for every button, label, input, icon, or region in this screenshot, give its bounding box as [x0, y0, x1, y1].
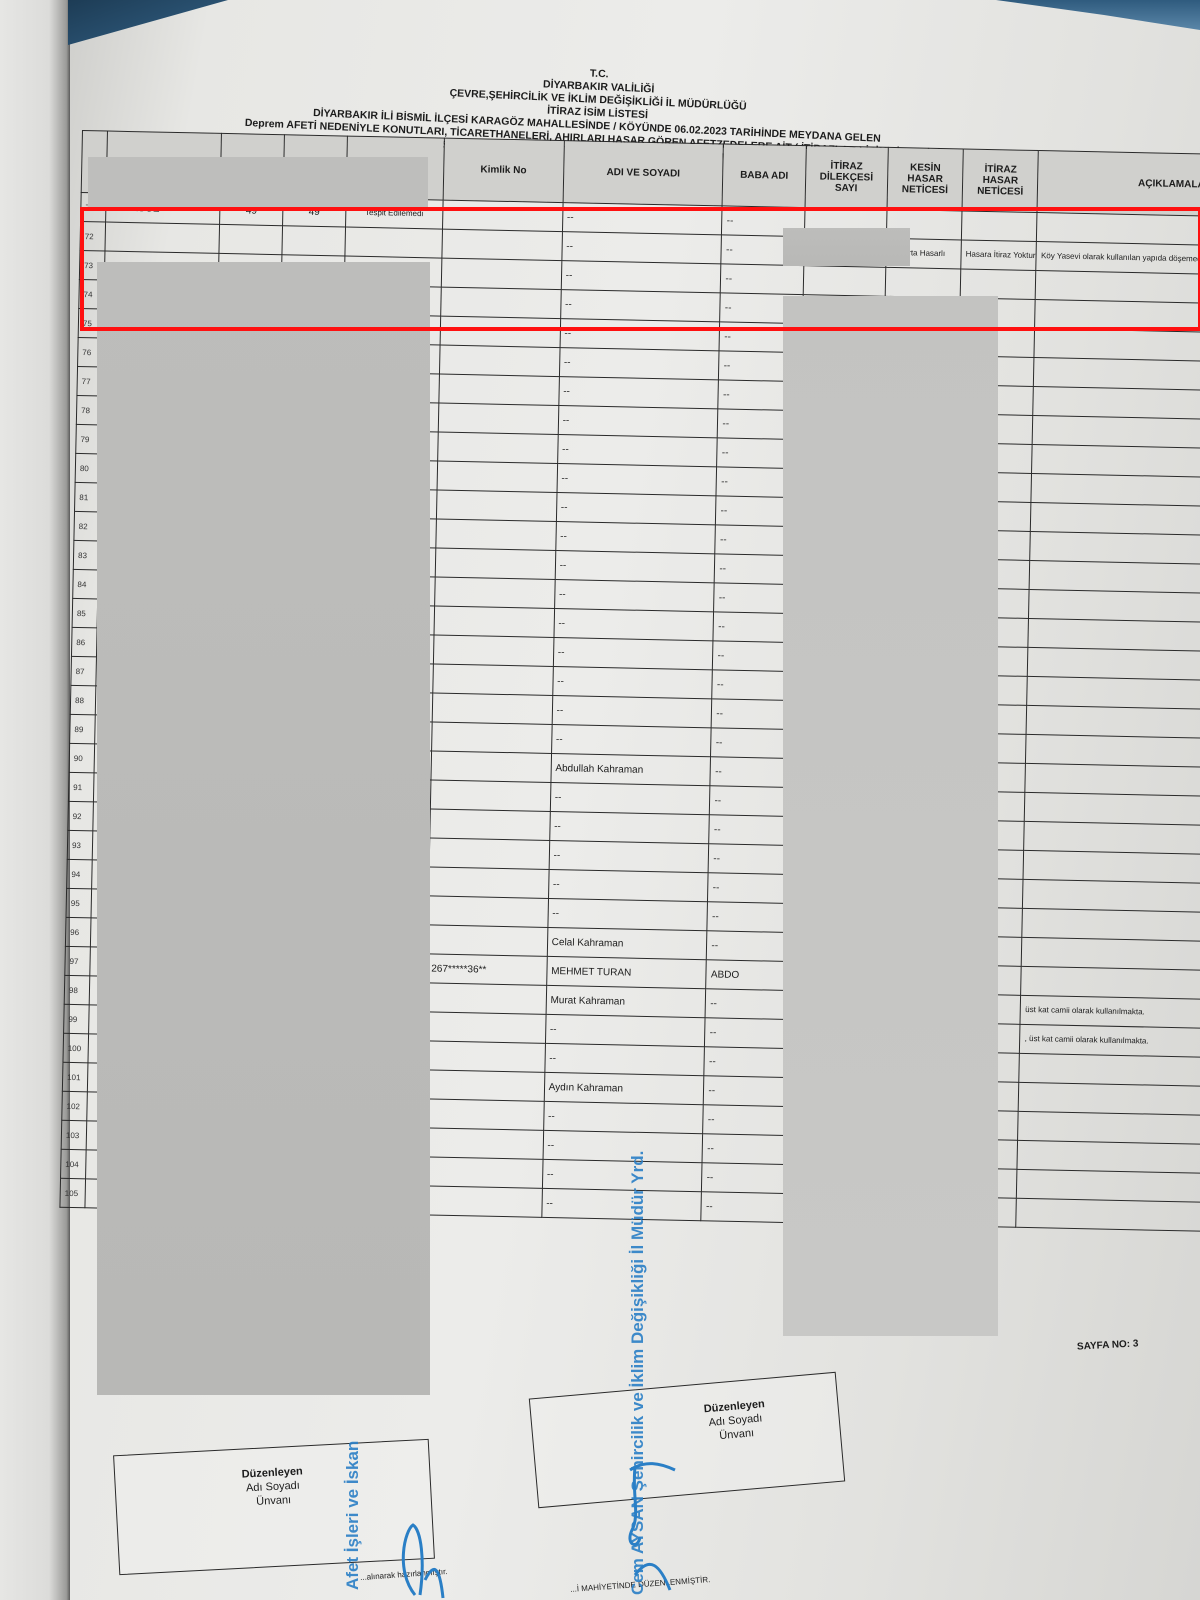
cell-ad: --	[551, 724, 711, 756]
cell-baba: --	[709, 844, 792, 875]
cell-ad: --	[557, 435, 717, 467]
cell-baba: --	[712, 699, 795, 730]
cell-kimlik	[438, 403, 558, 435]
cell-baba: --	[710, 786, 793, 817]
cell-kimlik	[439, 374, 559, 406]
cell-kimlik	[433, 664, 553, 696]
cell-kimlik	[426, 983, 546, 1015]
cell-kimlik	[436, 519, 556, 551]
cell-ad: --	[549, 811, 709, 843]
cell-kimlik	[437, 461, 557, 493]
cell-kimlik	[432, 693, 552, 725]
cell-baba: --	[701, 1192, 784, 1223]
cell-no: 96	[65, 917, 91, 947]
cell-ad: --	[555, 522, 715, 554]
cell-no: 82	[74, 511, 100, 541]
cell-kimlik	[427, 925, 547, 957]
cell-no: 86	[71, 627, 97, 657]
cell-ad: --	[548, 869, 708, 901]
cell-ad: --	[554, 580, 714, 612]
cell-kimlik	[425, 1041, 545, 1073]
cell-kimlik	[433, 635, 553, 667]
cell-ad: --	[554, 608, 714, 640]
cell-baba: --	[707, 902, 790, 933]
column-header: İTİRAZ DİLEKÇESİ SAYI	[805, 146, 888, 210]
redaction-block	[88, 157, 428, 209]
cell-kimlik	[424, 1070, 544, 1102]
cell-ad: --	[552, 695, 712, 727]
cell-aciklama	[1016, 1198, 1200, 1233]
column-header: Kimlik No	[443, 138, 564, 202]
cell-baba: ABDO	[706, 960, 789, 991]
cell-no: 104	[61, 1149, 87, 1179]
cell-no: 89	[70, 714, 96, 744]
cell-kimlik	[439, 345, 559, 377]
cell-no: 83	[73, 540, 99, 570]
cell-kimlik	[434, 577, 554, 609]
signature-scribble-left	[385, 1520, 445, 1600]
cell-ad: --	[557, 464, 717, 496]
cell-ad: --	[559, 348, 719, 380]
cell-kimlik	[435, 548, 555, 580]
cell-ad: --	[550, 782, 710, 814]
cell-no: 98	[64, 975, 90, 1005]
highlight-box	[80, 207, 1200, 331]
cell-ad: MEHMET TURAN	[546, 956, 706, 988]
cell-kimlik	[422, 1186, 542, 1218]
cell-no: 90	[69, 743, 95, 773]
cell-kimlik	[423, 1128, 543, 1160]
cell-no: 99	[64, 1004, 90, 1034]
cell-kimlik	[436, 490, 556, 522]
cell-ad: --	[543, 1130, 703, 1162]
cell-kimlik	[437, 432, 557, 464]
cell-baba: --	[703, 1105, 786, 1136]
cell-ad: --	[542, 1159, 702, 1191]
cell-baba: --	[705, 989, 788, 1020]
cell-ad: --	[556, 493, 716, 525]
cell-no: 84	[73, 569, 99, 599]
cell-ad: Abdullah Kahraman	[551, 753, 711, 785]
cell-ad: Murat Kahraman	[546, 985, 706, 1017]
column-header: KESİN HASAR NETİCESİ	[887, 147, 964, 211]
cell-baba: --	[702, 1134, 785, 1165]
cell-no: 93	[67, 830, 93, 860]
column-header: BABA ADI	[722, 144, 805, 208]
cell-ad: --	[543, 1101, 703, 1133]
cell-kimlik	[428, 867, 548, 899]
cell-no: 94	[67, 859, 93, 889]
cell-ad: --	[555, 551, 715, 583]
cell-no: 91	[68, 772, 94, 802]
cell-no: 103	[61, 1120, 87, 1150]
column-header: İTİRAZ HASAR NETİCESİ	[962, 149, 1039, 213]
cell-ad: --	[558, 406, 718, 438]
cell-ad: Aydın Kahraman	[544, 1072, 704, 1104]
signature-scribble-right	[620, 1455, 680, 1595]
cell-kimlik	[428, 896, 548, 928]
cell-no: 102	[62, 1091, 88, 1121]
cell-no: 97	[65, 946, 91, 976]
cell-ad: --	[558, 377, 718, 409]
cell-baba: --	[710, 757, 793, 788]
cell-kimlik	[431, 751, 551, 783]
cell-no: 85	[72, 598, 98, 628]
cell-no: 101	[62, 1062, 88, 1092]
cell-no: 88	[70, 685, 96, 715]
cell-baba: --	[711, 728, 794, 759]
cell-baba: --	[707, 931, 790, 962]
column-header: ADI VE SOYADI	[563, 141, 724, 206]
cell-kimlik	[434, 606, 554, 638]
cell-no: 105	[60, 1178, 86, 1208]
cell-baba: --	[704, 1047, 787, 1078]
redaction-block	[97, 262, 430, 1395]
cell-baba: --	[705, 1018, 788, 1049]
cell-baba: --	[709, 815, 792, 846]
cell-no: 92	[68, 801, 94, 831]
cell-kimlik	[430, 809, 550, 841]
redaction-block	[783, 296, 998, 1336]
cell-kimlik: 267*****36**	[427, 954, 547, 986]
cell-kimlik	[429, 838, 549, 870]
cell-kimlik	[430, 780, 550, 812]
cell-baba: --	[708, 873, 791, 904]
cell-baba: --	[702, 1163, 785, 1194]
cell-ad: --	[545, 1014, 705, 1046]
cell-kimlik	[431, 722, 551, 754]
cell-ad: --	[553, 637, 713, 669]
cell-ad: --	[548, 898, 708, 930]
cell-kimlik	[423, 1099, 543, 1131]
cell-kimlik	[422, 1157, 542, 1189]
official-stamp-left: Afet İşleri ve İskan	[345, 1441, 361, 1590]
cell-ad: --	[552, 666, 712, 698]
cell-no: 95	[66, 888, 92, 918]
cell-ad: --	[541, 1188, 701, 1220]
cell-ad: --	[545, 1043, 705, 1075]
cell-ad: Celal Kahraman	[547, 927, 707, 959]
cell-no: 100	[63, 1033, 89, 1063]
cell-ad: --	[549, 840, 709, 872]
cell-kimlik	[425, 1012, 545, 1044]
cell-no: 87	[71, 656, 97, 686]
cell-baba: --	[704, 1076, 787, 1107]
